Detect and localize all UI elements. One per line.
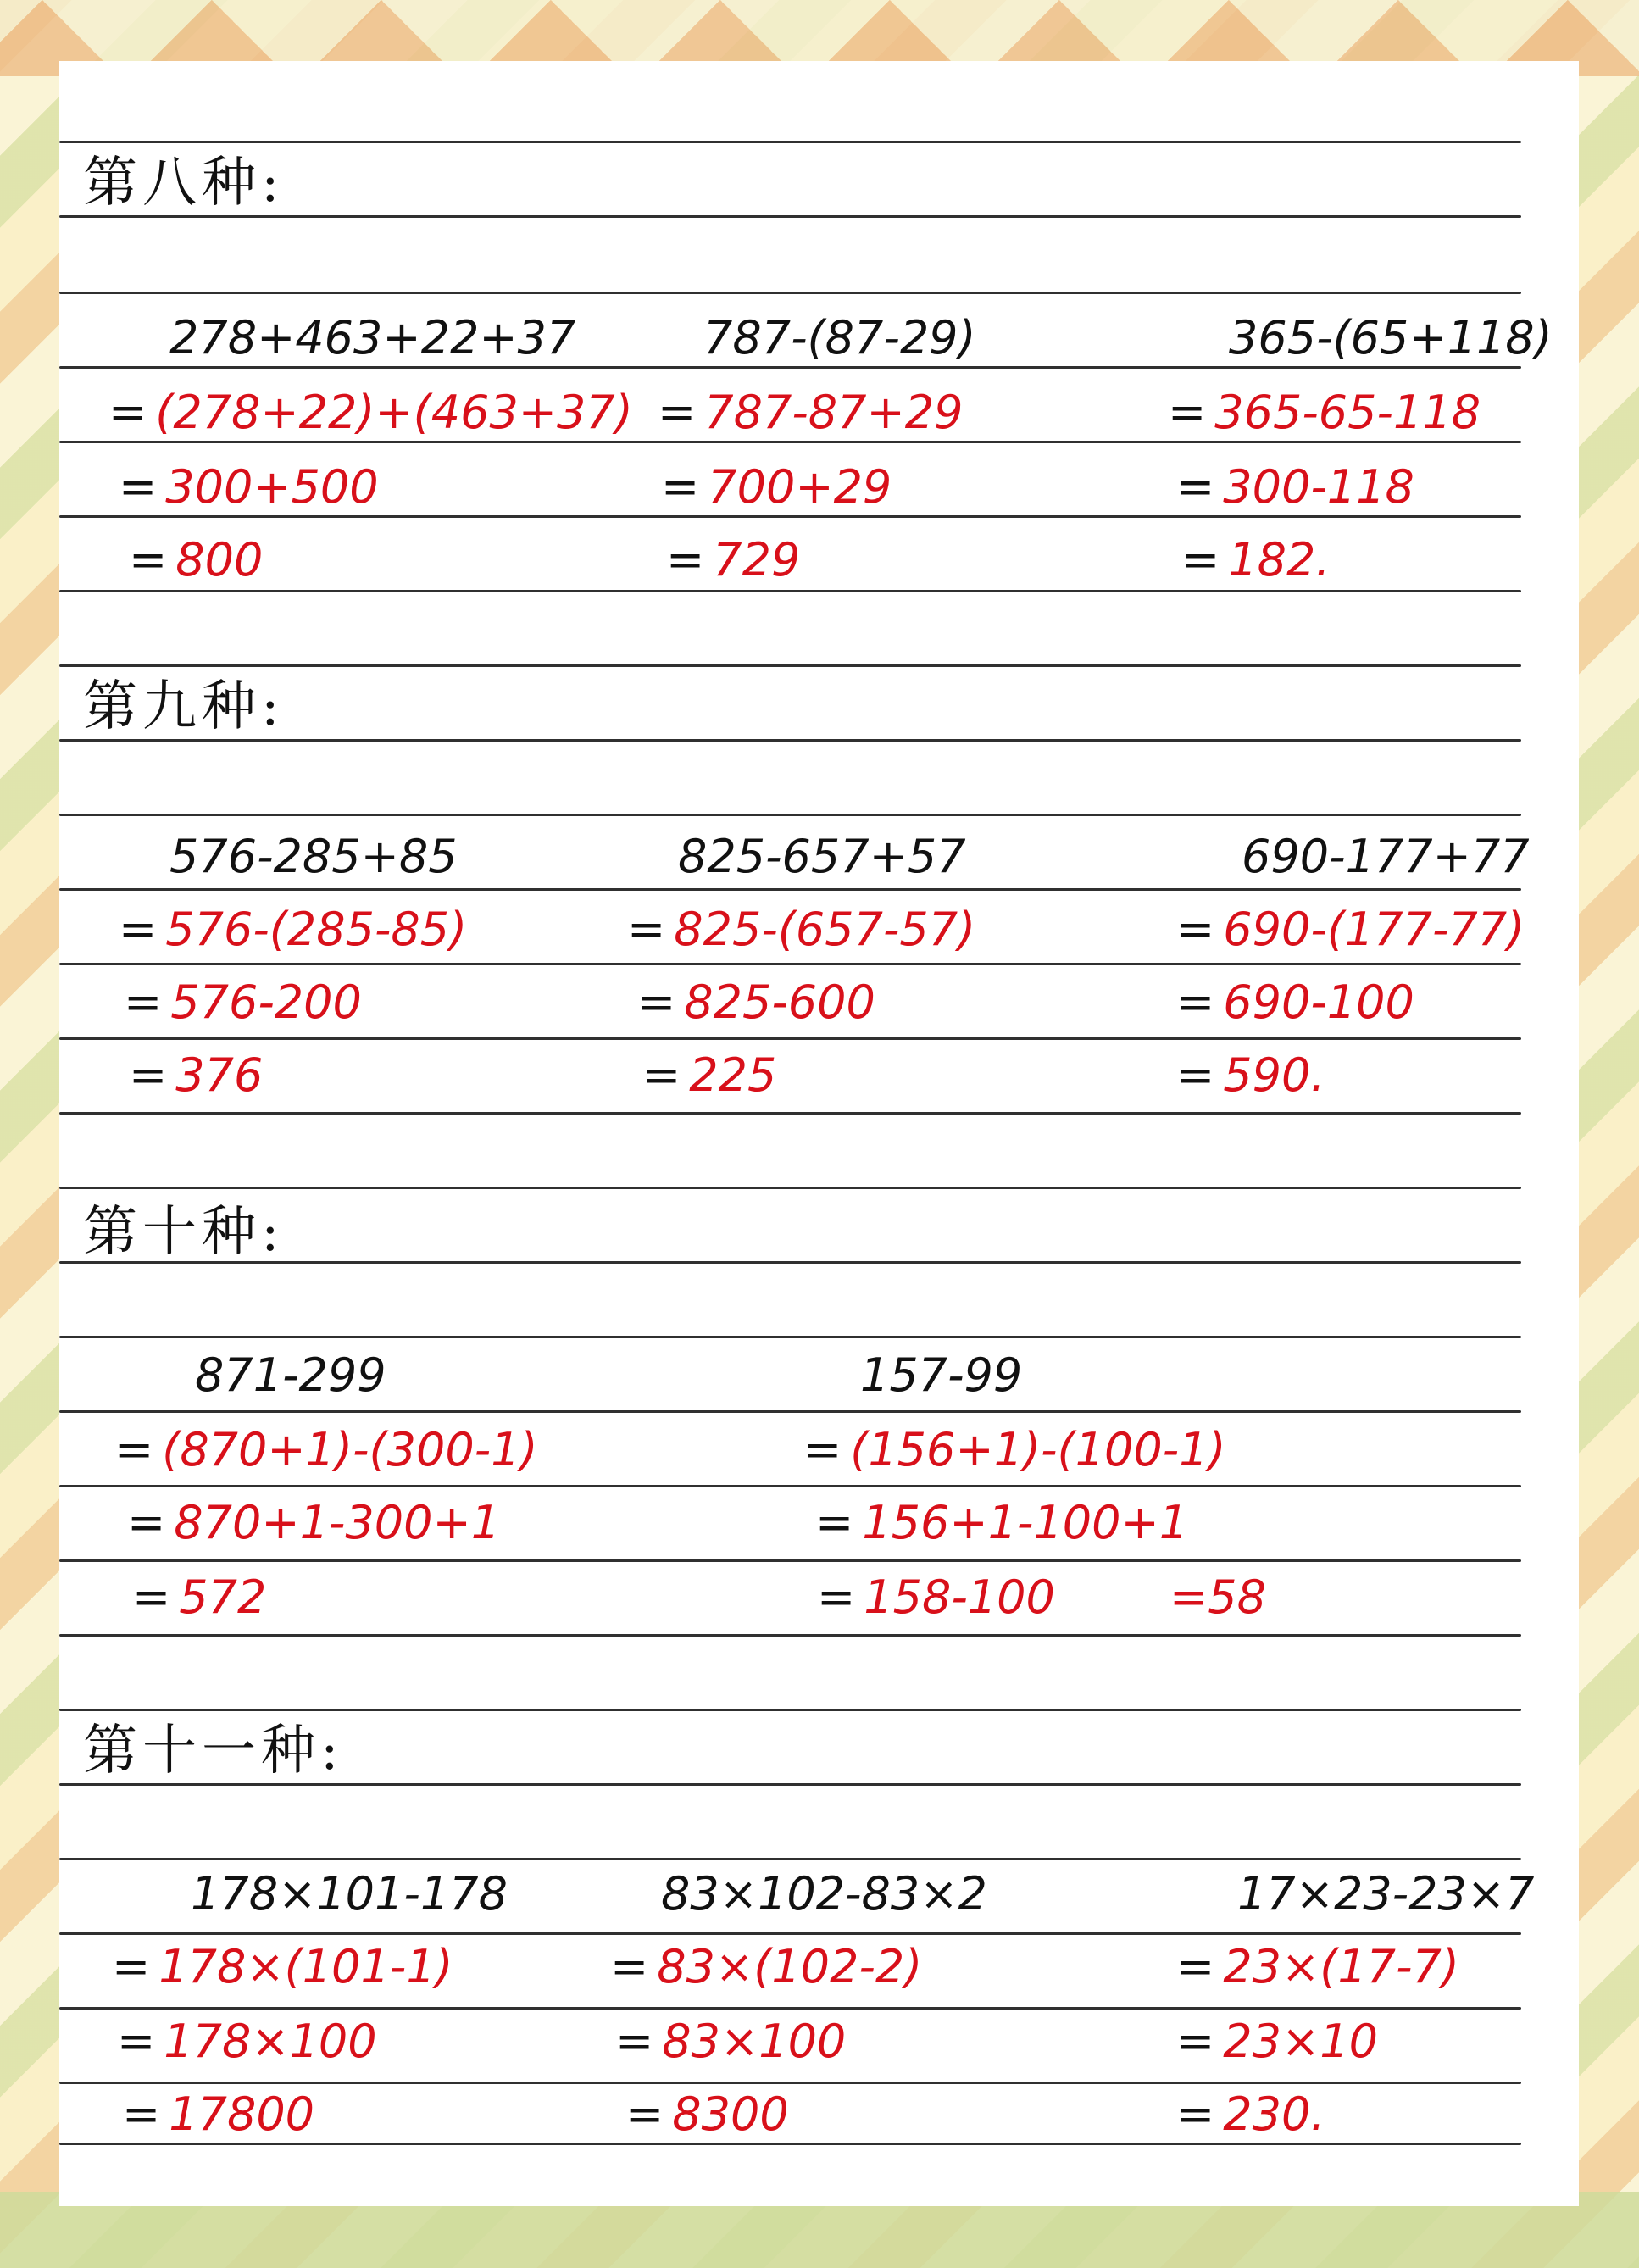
solution-step: =(156+1)-(100-1): [803, 1427, 1226, 1473]
problem-expression: 178×101-178: [191, 1871, 508, 1917]
solution-step: =870+1-300+1: [127, 1500, 500, 1546]
ruled-paper: 第八种: 278+463+22+37 =(278+22)+(463+37) =3…: [59, 61, 1579, 2206]
ruled-line: [59, 1932, 1521, 1935]
problem-expression: 690-177+77: [1242, 834, 1530, 880]
ruled-line: [59, 2007, 1521, 2010]
problem-expression: 157-99: [860, 1353, 1022, 1398]
solution-step: =690-100: [1176, 980, 1414, 1026]
ruled-line: [59, 814, 1521, 816]
solution-step: =178×(101-1): [112, 1944, 453, 1990]
problem-expression: 871-299: [195, 1353, 386, 1398]
section-title-9: 第九种:: [83, 680, 285, 734]
solution-step: =83×(102-2): [610, 1944, 922, 1990]
solution-step: =576-200: [124, 980, 362, 1026]
solution-step: =590.: [1176, 1053, 1325, 1098]
solution-step: =23×(17-7): [1176, 1944, 1459, 1990]
ruled-line: [59, 664, 1521, 667]
solution-step: =576-(285-85): [119, 907, 467, 953]
ruled-line: [59, 366, 1521, 369]
solution-step: =(278+22)+(463+37): [108, 390, 633, 436]
solution-step: =825-(657-57): [627, 907, 975, 953]
solution-step: =690-(177-77): [1176, 907, 1525, 953]
ruled-line: [59, 1112, 1521, 1115]
solution-step: =572: [132, 1575, 266, 1620]
problem-expression: 83×102-83×2: [661, 1871, 987, 1917]
ruled-line: [59, 1709, 1521, 1711]
ruled-line: [59, 1634, 1521, 1637]
ruled-line: [59, 441, 1521, 443]
ruled-line: [59, 590, 1521, 592]
solution-step: =729: [666, 537, 800, 583]
ruled-line: [59, 2082, 1521, 2084]
ruled-line: [59, 1485, 1521, 1487]
solution-step: =182.: [1181, 537, 1330, 583]
ruled-line: [59, 739, 1521, 742]
ruled-line: [59, 1187, 1521, 1189]
solution-step: =225: [642, 1053, 776, 1098]
ruled-line: [59, 1559, 1521, 1562]
solution-step: =158-100: [817, 1575, 1055, 1620]
ruled-line: [59, 1858, 1521, 1860]
solution-step: =800: [129, 537, 263, 583]
ruled-line: [59, 1336, 1521, 1338]
solution-step: =8300: [625, 2092, 789, 2137]
ruled-line: [59, 888, 1521, 891]
ruled-line: [59, 1410, 1521, 1413]
problem-expression: 787-(87-29): [703, 315, 976, 361]
solution-step: =230.: [1176, 2092, 1325, 2137]
solution-step: =825-600: [637, 980, 875, 1026]
solution-step: =700+29: [661, 464, 892, 510]
ruled-line: [59, 1037, 1521, 1040]
solution-step: =(870+1)-(300-1): [115, 1427, 538, 1473]
problem-expression: 365-(65+118): [1229, 315, 1553, 361]
section-title-11: 第十一种:: [83, 1724, 344, 1778]
problem-expression: 825-657+57: [678, 834, 966, 880]
problem-expression: 278+463+22+37: [169, 315, 575, 361]
solution-final-result: =58: [1170, 1575, 1266, 1620]
solution-step: =787-87+29: [658, 390, 963, 436]
solution-step: =300+500: [119, 464, 379, 510]
solution-step: =23×10: [1176, 2019, 1378, 2065]
ruled-line: [59, 515, 1521, 518]
solution-step: =376: [129, 1053, 263, 1098]
ruled-line: [59, 963, 1521, 965]
solution-step: =156+1-100+1: [815, 1500, 1188, 1546]
solution-step: =17800: [122, 2092, 314, 2137]
solution-step: =300-118: [1176, 464, 1414, 510]
section-title-10: 第十种:: [83, 1205, 285, 1259]
ruled-line: [59, 292, 1521, 294]
ruled-line: [59, 2143, 1521, 2145]
solution-step: =178×100: [117, 2019, 377, 2065]
problem-expression: 576-285+85: [169, 834, 458, 880]
ruled-line: [59, 141, 1521, 143]
ruled-line: [59, 1783, 1521, 1786]
solution-step: =83×100: [615, 2019, 846, 2065]
ruled-line: [59, 215, 1521, 218]
solution-step: =365-65-118: [1168, 390, 1481, 436]
section-title-8: 第八种:: [83, 156, 285, 210]
problem-expression: 17×23-23×7: [1237, 1871, 1534, 1917]
